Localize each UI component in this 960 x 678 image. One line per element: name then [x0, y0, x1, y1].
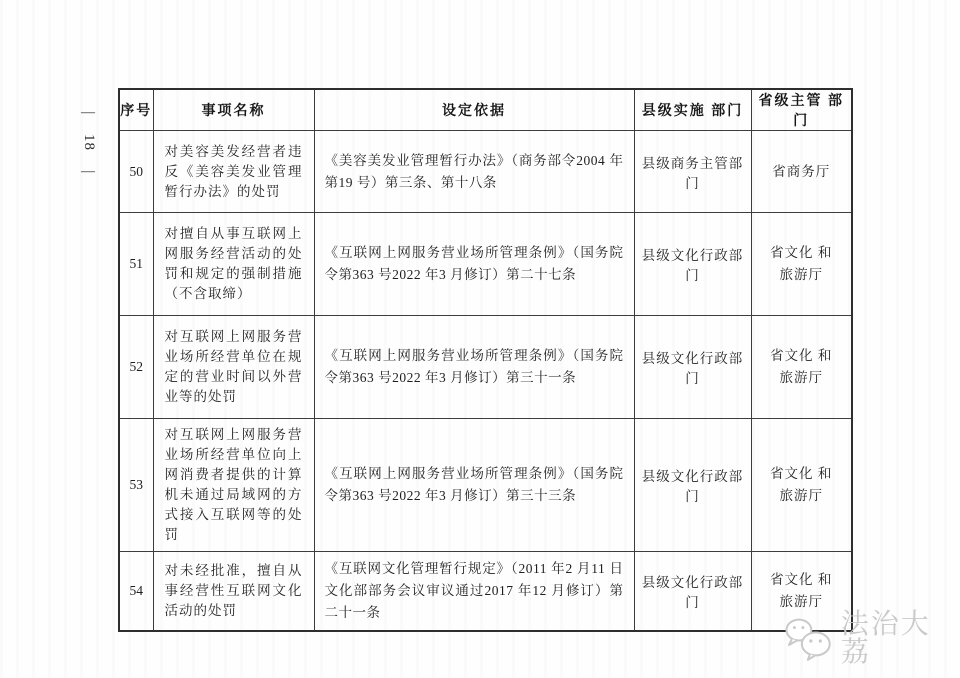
col-header-index: 序号 [119, 89, 153, 131]
province-dept: 省文化 和 旅游厅 [751, 316, 852, 419]
row-index: 54 [119, 552, 153, 632]
table-row: 50 对美容美发经营者违反《美容美发业管理暂行办法》的处罚 《美容美发业管理暂行… [119, 131, 852, 213]
table-row: 54 对未经批准，擅自从事经营性互联网文化活动的处罚 《互联网文化管理暂行规定》… [119, 552, 852, 632]
row-index: 50 [119, 131, 153, 213]
table-row: 51 对擅自从事互联网上网服务经营活动的处罚和规定的强制措施（不含取缔） 《互联… [119, 213, 852, 316]
item-name: 对互联网上网服务营业场所经营单位向上网消费者提供的计算机未通过局域网的方式接入互… [153, 419, 314, 552]
item-name: 对互联网上网服务营业场所经营单位在规定的营业时间以外营业等的处罚 [153, 316, 314, 419]
col-header-legal-basis: 设定依据 [314, 89, 634, 131]
legal-basis: 《互联网文化管理暂行规定》（2011 年2 月11 日文化部部务会议审议通过20… [314, 552, 634, 632]
page-number-dash-bottom: — [81, 165, 95, 179]
legal-basis: 《互联网上网服务营业场所管理条例》（国务院令第363 号2022 年3 月修订）… [314, 419, 634, 552]
watermark: 法治大荔 [784, 611, 960, 667]
item-name: 对美容美发经营者违反《美容美发业管理暂行办法》的处罚 [153, 131, 314, 213]
county-dept: 县级商务主管部门 [634, 131, 751, 213]
wechat-icon [784, 617, 834, 661]
watermark-text: 法治大荔 [841, 611, 960, 667]
county-dept: 县级文化行政部门 [634, 213, 751, 316]
regulation-table: 序号 事项名称 设定依据 县级实施 部门 省级主管 部门 50 对美容美发经营者… [118, 88, 853, 632]
page-number: — 18 — [76, 106, 100, 179]
row-index: 52 [119, 316, 153, 419]
table-row: 53 对互联网上网服务营业场所经营单位向上网消费者提供的计算机未通过局域网的方式… [119, 419, 852, 552]
legal-basis: 《互联网上网服务营业场所管理条例》（国务院令第363 号2022 年3 月修订）… [314, 213, 634, 316]
document-page: — 18 — 序号 事项名称 设定依据 县级实施 部门 省级主管 部门 50 对… [0, 0, 960, 678]
table-header-row: 序号 事项名称 设定依据 县级实施 部门 省级主管 部门 [119, 89, 852, 131]
province-dept: 省商务厅 [751, 131, 852, 213]
item-name: 对未经批准，擅自从事经营性互联网文化活动的处罚 [153, 552, 314, 632]
row-index: 51 [119, 213, 153, 316]
province-dept: 省文化 和 旅游厅 [751, 213, 852, 316]
row-index: 53 [119, 419, 153, 552]
legal-basis: 《互联网上网服务营业场所管理条例》（国务院令第363 号2022 年3 月修订）… [314, 316, 634, 419]
county-dept: 县级文化行政部门 [634, 419, 751, 552]
col-header-item-name: 事项名称 [153, 89, 314, 131]
county-dept: 县级文化行政部门 [634, 316, 751, 419]
legal-basis: 《美容美发业管理暂行办法》（商务部令2004 年第19 号）第三条、第十八条 [314, 131, 634, 213]
county-dept: 县级文化行政部门 [634, 552, 751, 632]
col-header-county-dept: 县级实施 部门 [634, 89, 751, 131]
province-dept: 省文化 和 旅游厅 [751, 419, 852, 552]
page-number-value: 18 [80, 134, 97, 151]
table-row: 52 对互联网上网服务营业场所经营单位在规定的营业时间以外营业等的处罚 《互联网… [119, 316, 852, 419]
item-name: 对擅自从事互联网上网服务经营活动的处罚和规定的强制措施（不含取缔） [153, 213, 314, 316]
page-number-dash-top: — [81, 106, 95, 120]
col-header-province-dept: 省级主管 部门 [751, 89, 852, 131]
